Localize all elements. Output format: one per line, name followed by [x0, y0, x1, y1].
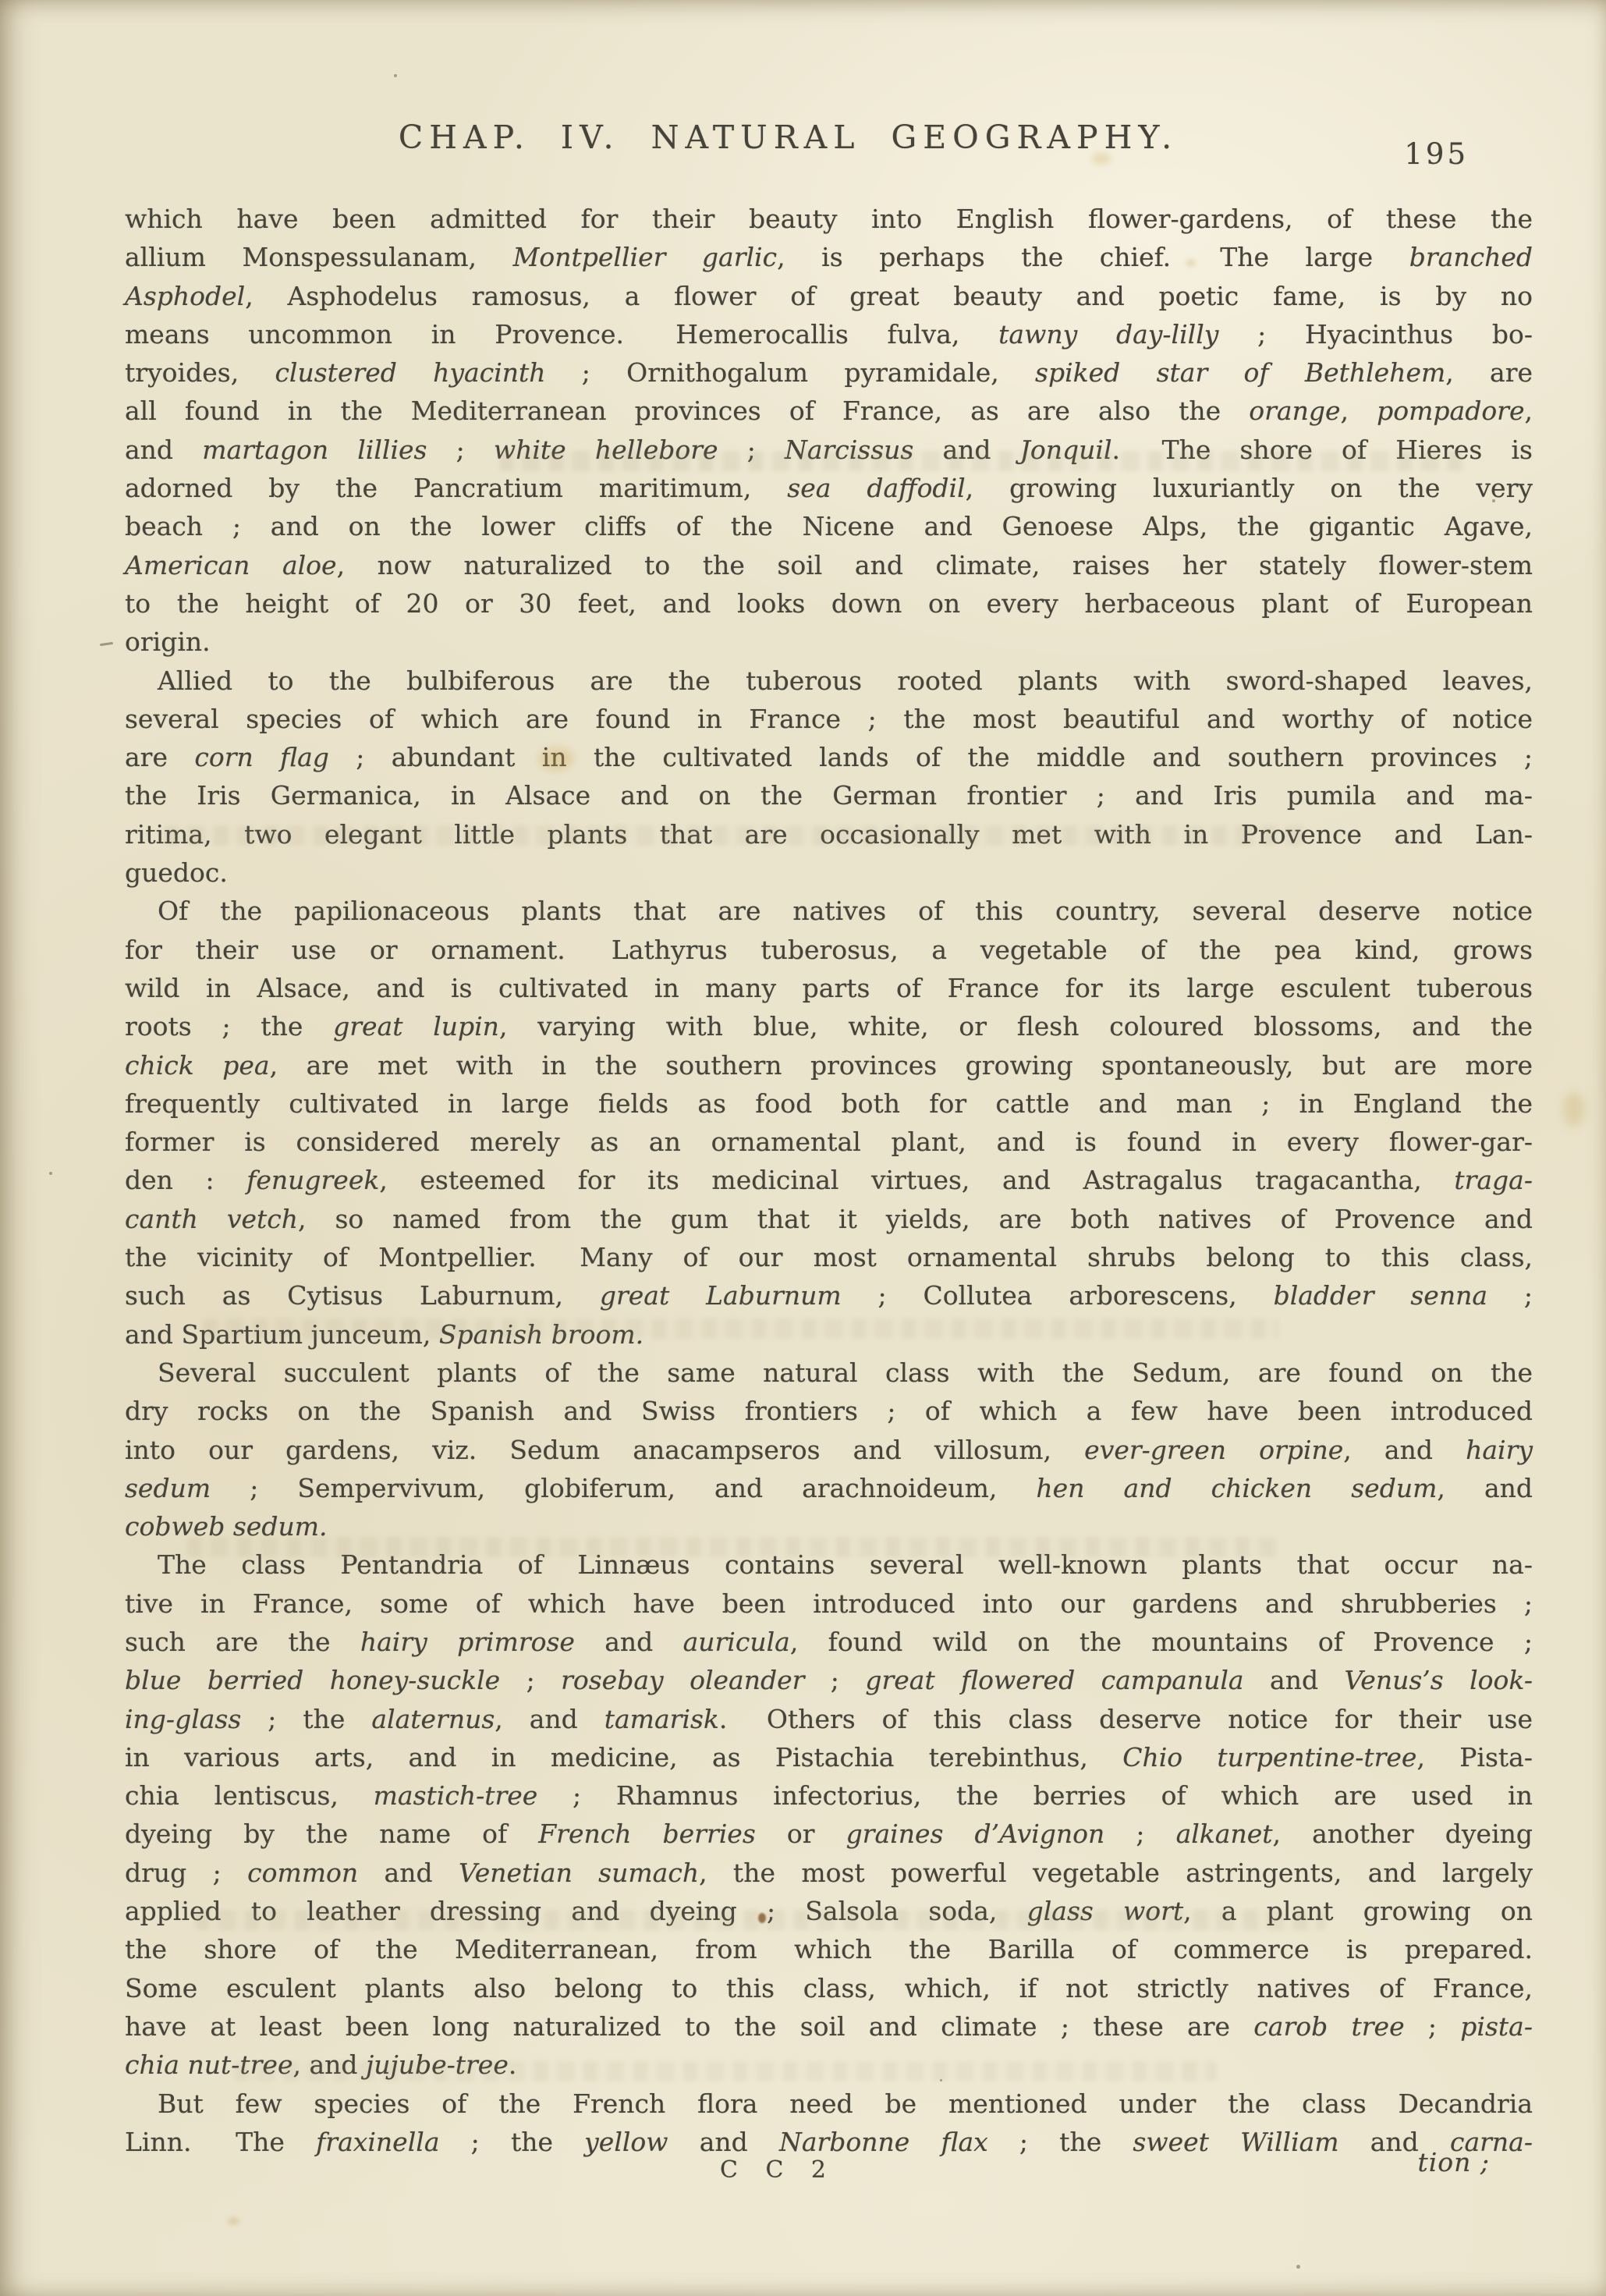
roman-text: ; — [1104, 1819, 1175, 1849]
italic-text: branched — [1409, 242, 1533, 272]
italic-text: rosebay oleander — [561, 1665, 804, 1695]
chapter-title: NATURAL GEOGRAPHY. — [651, 119, 1179, 156]
roman-text: ; Sempervivum, globiferum, and arachnoid… — [211, 1473, 1036, 1503]
roman-text: ; Ornithogalum pyramidale, — [546, 357, 1036, 388]
text-line: Allied to the bulbiferous are the tubero… — [125, 662, 1533, 700]
roman-text: former is considered merely as an orname… — [125, 1127, 1533, 1157]
roman-text: guedoc. — [125, 857, 228, 888]
text-line: means uncommon in Provence. Hemerocallis… — [125, 315, 1533, 353]
roman-text: ; the — [440, 2127, 585, 2157]
italic-text: sedum — [125, 1473, 211, 1503]
roman-text: in various arts, and in medicine, as Pis… — [125, 1742, 1122, 1773]
italic-text: hen and chicken sedum — [1036, 1473, 1437, 1503]
text-line: former is considered merely as an orname… — [125, 1123, 1533, 1161]
italic-text: clustered hyacinth — [275, 357, 545, 388]
roman-text: , and — [292, 2049, 366, 2080]
roman-text: chia lentiscus, — [125, 1780, 374, 1811]
roman-text: means uncommon in Provence. Hemerocallis… — [125, 319, 998, 350]
italic-text: great Laburnum — [600, 1280, 842, 1311]
roman-text: , Pista- — [1416, 1742, 1533, 1773]
italic-text: orange — [1249, 396, 1340, 426]
italic-text: Narbonne flax — [779, 2127, 988, 2157]
roman-text: into our gardens, viz. Sedum anacampsero… — [125, 1435, 1084, 1465]
italic-text: hairy primrose — [360, 1627, 575, 1657]
text-line: Asphodel, Asphodelus ramosus, a flower o… — [125, 277, 1533, 315]
paper-speck — [1296, 2265, 1300, 2269]
italic-text: cobweb sedum. — [125, 1511, 328, 1542]
roman-text: allium Monspessulanam, — [125, 242, 513, 272]
text-line: and martagon lillies ; white hellebore ;… — [125, 431, 1533, 469]
italic-text: spiked star of Bethlehem — [1035, 357, 1445, 388]
roman-text: Allied to the bulbiferous are the tubero… — [158, 665, 1533, 696]
text-line: the vicinity of Montpellier. Many of our… — [125, 1238, 1533, 1276]
text-line: tryoides, clustered hyacinth ; Ornithoga… — [125, 353, 1533, 392]
foxing-spot — [228, 2217, 239, 2225]
roman-text: for their use or ornament. Lathyrus tube… — [125, 935, 1533, 965]
italic-text: bladder senna — [1274, 1280, 1487, 1311]
text-line: roots ; the great lupin, varying with bl… — [125, 1007, 1533, 1045]
roman-text: , esteemed for its medicinal virtues, an… — [379, 1165, 1454, 1195]
roman-text: and — [575, 1627, 683, 1657]
roman-text: The class Pentandria of Linnæus contains… — [158, 1549, 1533, 1580]
text-line: all found in the Mediterranean provinces… — [125, 392, 1533, 430]
italic-text: sea daffodil — [787, 473, 965, 503]
roman-text: Linn. The — [125, 2127, 316, 2157]
paper-speck — [49, 1172, 52, 1175]
roman-text: But few species of the French flora need… — [158, 2088, 1533, 2119]
italic-text: graines d’Avignon — [846, 1819, 1105, 1849]
text-line: and Spartium junceum, Spanish broom. — [125, 1315, 1533, 1354]
roman-text: the Iris Germanica, in Alsace and on the… — [125, 780, 1533, 811]
italic-text: Spanish broom. — [439, 1319, 643, 1350]
text-line: Linn. The fraxinella ; the yellow and Na… — [125, 2123, 1533, 2161]
italic-text: Venus’s look- — [1345, 1665, 1533, 1695]
text-line: frequently cultivated in large fields as… — [125, 1084, 1533, 1123]
page-footer: C C 2 tion ; — [125, 2156, 1533, 2211]
italic-text: alaternus — [371, 1704, 495, 1734]
roman-text: are — [125, 742, 194, 772]
italic-text: corn flag — [194, 742, 329, 772]
roman-text: wild in Alsace, and is cultivated in man… — [125, 973, 1533, 1003]
italic-text: tamarisk — [604, 1704, 719, 1734]
italic-text: blue berried honey-suckle — [125, 1665, 500, 1695]
body-text: which have been admitted for their beaut… — [125, 200, 1533, 2161]
roman-text: and — [668, 2127, 779, 2157]
text-line: The class Pentandria of Linnæus contains… — [125, 1545, 1533, 1584]
roman-text: and — [125, 435, 202, 465]
text-line: adorned by the Pancratium maritimum, sea… — [125, 469, 1533, 507]
text-line: But few species of the French flora need… — [125, 2085, 1533, 2123]
text-line: the Iris Germanica, in Alsace and on the… — [125, 776, 1533, 814]
text-line: the shore of the Mediterranean, from whi… — [125, 1930, 1533, 1968]
roman-text: dyeing by the name of — [125, 1819, 538, 1849]
italic-text: Venetian sumach — [459, 1858, 699, 1888]
chapter-label: CHAP. IV. — [399, 119, 620, 156]
italic-text: auricula — [683, 1627, 790, 1657]
italic-text: jujube-tree — [366, 2049, 509, 2080]
italic-text: Jonquil — [1020, 435, 1112, 465]
italic-text: chia nut-tree — [125, 2049, 292, 2080]
roman-text: , another dyeing — [1273, 1819, 1533, 1849]
roman-text: ; the — [241, 1704, 371, 1734]
roman-text: ; — [427, 435, 493, 465]
text-line: chia lentiscus, mastich-tree ; Rhamnus i… — [125, 1776, 1533, 1815]
text-line: into our gardens, viz. Sedum anacampsero… — [125, 1431, 1533, 1469]
roman-text: which have been admitted for their beaut… — [125, 204, 1533, 234]
roman-text: , now naturalized to the soil and climat… — [337, 550, 1533, 580]
text-line: which have been admitted for their beaut… — [125, 200, 1533, 238]
roman-text: beach ; and on the lower cliffs of the N… — [125, 511, 1533, 541]
roman-text: ; Hyacinthus bo- — [1218, 319, 1533, 350]
italic-text: great lupin — [333, 1011, 499, 1042]
roman-text: origin. — [125, 626, 211, 657]
italic-text: fraxinella — [316, 2127, 439, 2157]
italic-text: mastich-tree — [374, 1780, 538, 1811]
text-line: sedum ; Sempervivum, globiferum, and ara… — [125, 1469, 1533, 1507]
roman-text: tive in France, some of which have been … — [125, 1588, 1533, 1619]
roman-text: ; abundant in the cultivated lands of th… — [329, 742, 1533, 772]
italic-text: American aloe — [125, 550, 337, 580]
roman-text: . The shore of Hieres is — [1112, 435, 1533, 465]
text-line: dyeing by the name of French berries or … — [125, 1815, 1533, 1853]
text-line: dry rocks on the Spanish and Swiss front… — [125, 1392, 1533, 1430]
text-line: allium Monspessulanam, Montpellier garli… — [125, 238, 1533, 276]
roman-text: ; the — [988, 2127, 1133, 2157]
roman-text: , and — [495, 1704, 604, 1734]
text-line: guedoc. — [125, 853, 1533, 892]
italic-text: hairy — [1466, 1435, 1533, 1465]
roman-text: , and — [1437, 1473, 1533, 1503]
italic-text: ing-glass — [125, 1704, 241, 1734]
text-line: ritima, two elegant little plants that a… — [125, 815, 1533, 853]
text-line: Of the papilionaceous plants that are na… — [125, 892, 1533, 930]
running-head: CHAP. IV.NATURAL GEOGRAPHY. — [125, 119, 1533, 156]
italic-text: French berries — [538, 1819, 756, 1849]
roman-text: , the most powerful vegetable astringent… — [699, 1858, 1533, 1888]
roman-text: , is perhaps the chief. The large — [777, 242, 1409, 272]
roman-text: ; — [804, 1665, 865, 1695]
roman-text: have at least been long naturalized to t… — [125, 2011, 1253, 2042]
text-line: in various arts, and in medicine, as Pis… — [125, 1738, 1533, 1776]
italic-text: Chio turpentine-tree — [1122, 1742, 1416, 1773]
text-line: tive in France, some of which have been … — [125, 1584, 1533, 1623]
text-line: such as Cytisus Laburnum, great Laburnum… — [125, 1276, 1533, 1315]
roman-text: . Others of this class deserve notice fo… — [719, 1704, 1533, 1734]
italic-text: tawny day-lilly — [998, 319, 1218, 350]
page-header: CHAP. IV.NATURAL GEOGRAPHY. 195 — [125, 119, 1533, 156]
text-line: wild in Alsace, and is cultivated in man… — [125, 969, 1533, 1007]
italic-text: sweet William — [1133, 2127, 1338, 2157]
roman-text: all found in the Mediterranean provinces… — [125, 396, 1249, 426]
italic-text: alkanet — [1176, 1819, 1273, 1849]
roman-text: den : — [125, 1165, 246, 1195]
roman-text: , so named from the gum that it yields, … — [298, 1204, 1533, 1234]
italic-text: yellow — [584, 2127, 668, 2157]
roman-text: dry rocks on the Spanish and Swiss front… — [125, 1396, 1533, 1426]
text-line: have at least been long naturalized to t… — [125, 2007, 1533, 2046]
text-line: blue berried honey-suckle ; rosebay olea… — [125, 1661, 1533, 1699]
text-line: applied to leather dressing and dyeing ;… — [125, 1892, 1533, 1930]
text-line: Several succulent plants of the same nat… — [125, 1354, 1533, 1392]
italic-text: common — [247, 1858, 358, 1888]
roman-text: , are met with in the southern provinces… — [270, 1050, 1533, 1081]
roman-text: several species of which are found in Fr… — [125, 704, 1533, 734]
italic-text: great flowered campanula — [865, 1665, 1243, 1695]
margin-pencil-mark — [100, 642, 113, 646]
italic-text: chick pea — [125, 1050, 270, 1081]
text-line: several species of which are found in Fr… — [125, 700, 1533, 738]
roman-text: the shore of the Mediterranean, from whi… — [125, 1934, 1533, 1964]
italic-text: fenugreek — [246, 1165, 379, 1195]
roman-text: , a plant growing on — [1183, 1896, 1533, 1926]
roman-text: tryoides, — [125, 357, 275, 388]
paper-speck — [394, 74, 397, 77]
roman-text: ; — [718, 435, 785, 465]
text-line: Some esculent plants also belong to this… — [125, 1969, 1533, 2007]
signature-mark: C C 2 — [125, 2156, 1431, 2184]
text-line: ing-glass ; the alaternus, and tamarisk.… — [125, 1700, 1533, 1738]
book-page: CHAP. IV.NATURAL GEOGRAPHY. 195 which ha… — [0, 0, 1606, 2296]
roman-text: ritima, two elegant little plants that a… — [125, 819, 1533, 850]
text-line: den : fenugreek, esteemed for its medici… — [125, 1161, 1533, 1199]
roman-text: ; Rhamnus infectorius, the berries of wh… — [537, 1780, 1533, 1811]
roman-text: ; — [500, 1665, 561, 1695]
roman-text: , are — [1445, 357, 1533, 388]
roman-text: and Spartium junceum, — [125, 1319, 439, 1350]
text-line: chick pea, are met with in the southern … — [125, 1046, 1533, 1084]
italic-text: pompadore — [1377, 396, 1524, 426]
roman-text: such as Cytisus Laburnum, — [125, 1280, 600, 1311]
italic-text: glass wort — [1027, 1896, 1184, 1926]
roman-text: ; — [1405, 2011, 1461, 2042]
text-line: are corn flag ; abundant in the cultivat… — [125, 738, 1533, 776]
italic-text: canth vetch — [125, 1204, 298, 1234]
roman-text: , and — [1343, 1435, 1466, 1465]
roman-text: Of the papilionaceous plants that are na… — [158, 896, 1533, 926]
roman-text: , — [1525, 396, 1533, 426]
roman-text: such are the — [125, 1627, 360, 1657]
roman-text: , — [1341, 396, 1377, 426]
roman-text: roots ; the — [125, 1011, 333, 1042]
text-line: to the height of 20 or 30 feet, and look… — [125, 584, 1533, 623]
text-line: canth vetch, so named from the gum that … — [125, 1200, 1533, 1238]
italic-text: ever-green orpine — [1084, 1435, 1343, 1465]
italic-text: Asphodel — [125, 281, 245, 311]
italic-text: white hellebore — [494, 435, 718, 465]
roman-text: , found wild on the mountains of Provenc… — [790, 1627, 1533, 1657]
text-line: origin. — [125, 623, 1533, 661]
italic-text: Narcissus — [785, 435, 913, 465]
roman-text: , varying with blue, white, or flesh col… — [499, 1011, 1533, 1042]
catchword: tion ; — [1417, 2147, 1490, 2177]
roman-text: applied to leather dressing and dyeing ;… — [125, 1896, 1027, 1926]
roman-text: to the height of 20 or 30 feet, and look… — [125, 588, 1533, 619]
italic-text: pista- — [1460, 2011, 1533, 2042]
roman-text: frequently cultivated in large fields as… — [125, 1088, 1533, 1119]
text-line: beach ; and on the lower cliffs of the N… — [125, 507, 1533, 545]
roman-text: the vicinity of Montpellier. Many of our… — [125, 1242, 1533, 1272]
roman-text: ; — [1487, 1280, 1533, 1311]
roman-text: and — [913, 435, 1019, 465]
text-line: chia nut-tree, and jujube-tree. — [125, 2046, 1533, 2084]
roman-text: and — [358, 1858, 459, 1888]
roman-text: Several succulent plants of the same nat… — [158, 1357, 1533, 1388]
text-line: drug ; common and Venetian sumach, the m… — [125, 1854, 1533, 1892]
roman-text: . — [509, 2049, 517, 2080]
italic-text: traga- — [1454, 1165, 1533, 1195]
italic-text: martagon lillies — [202, 435, 427, 465]
italic-text: carob tree — [1253, 2011, 1404, 2042]
roman-text: adorned by the Pancratium maritimum, — [125, 473, 787, 503]
foxing-spot — [1563, 1092, 1585, 1127]
text-line: for their use or ornament. Lathyrus tube… — [125, 931, 1533, 969]
roman-text: , growing luxuriantly on the very — [966, 473, 1533, 503]
page-number: 195 — [1404, 137, 1469, 171]
text-line: American aloe, now naturalized to the so… — [125, 546, 1533, 584]
text-line: such are the hairy primrose and auricula… — [125, 1623, 1533, 1661]
roman-text: and — [1244, 1665, 1345, 1695]
roman-text: Some esculent plants also belong to this… — [125, 1973, 1533, 2003]
roman-text: drug ; — [125, 1858, 247, 1888]
text-line: cobweb sedum. — [125, 1507, 1533, 1545]
roman-text: , Asphodelus ramosus, a flower of great … — [245, 281, 1533, 311]
italic-text: Montpellier garlic — [513, 242, 778, 272]
roman-text: or — [756, 1819, 846, 1849]
roman-text: ; Collutea arborescens, — [842, 1280, 1274, 1311]
